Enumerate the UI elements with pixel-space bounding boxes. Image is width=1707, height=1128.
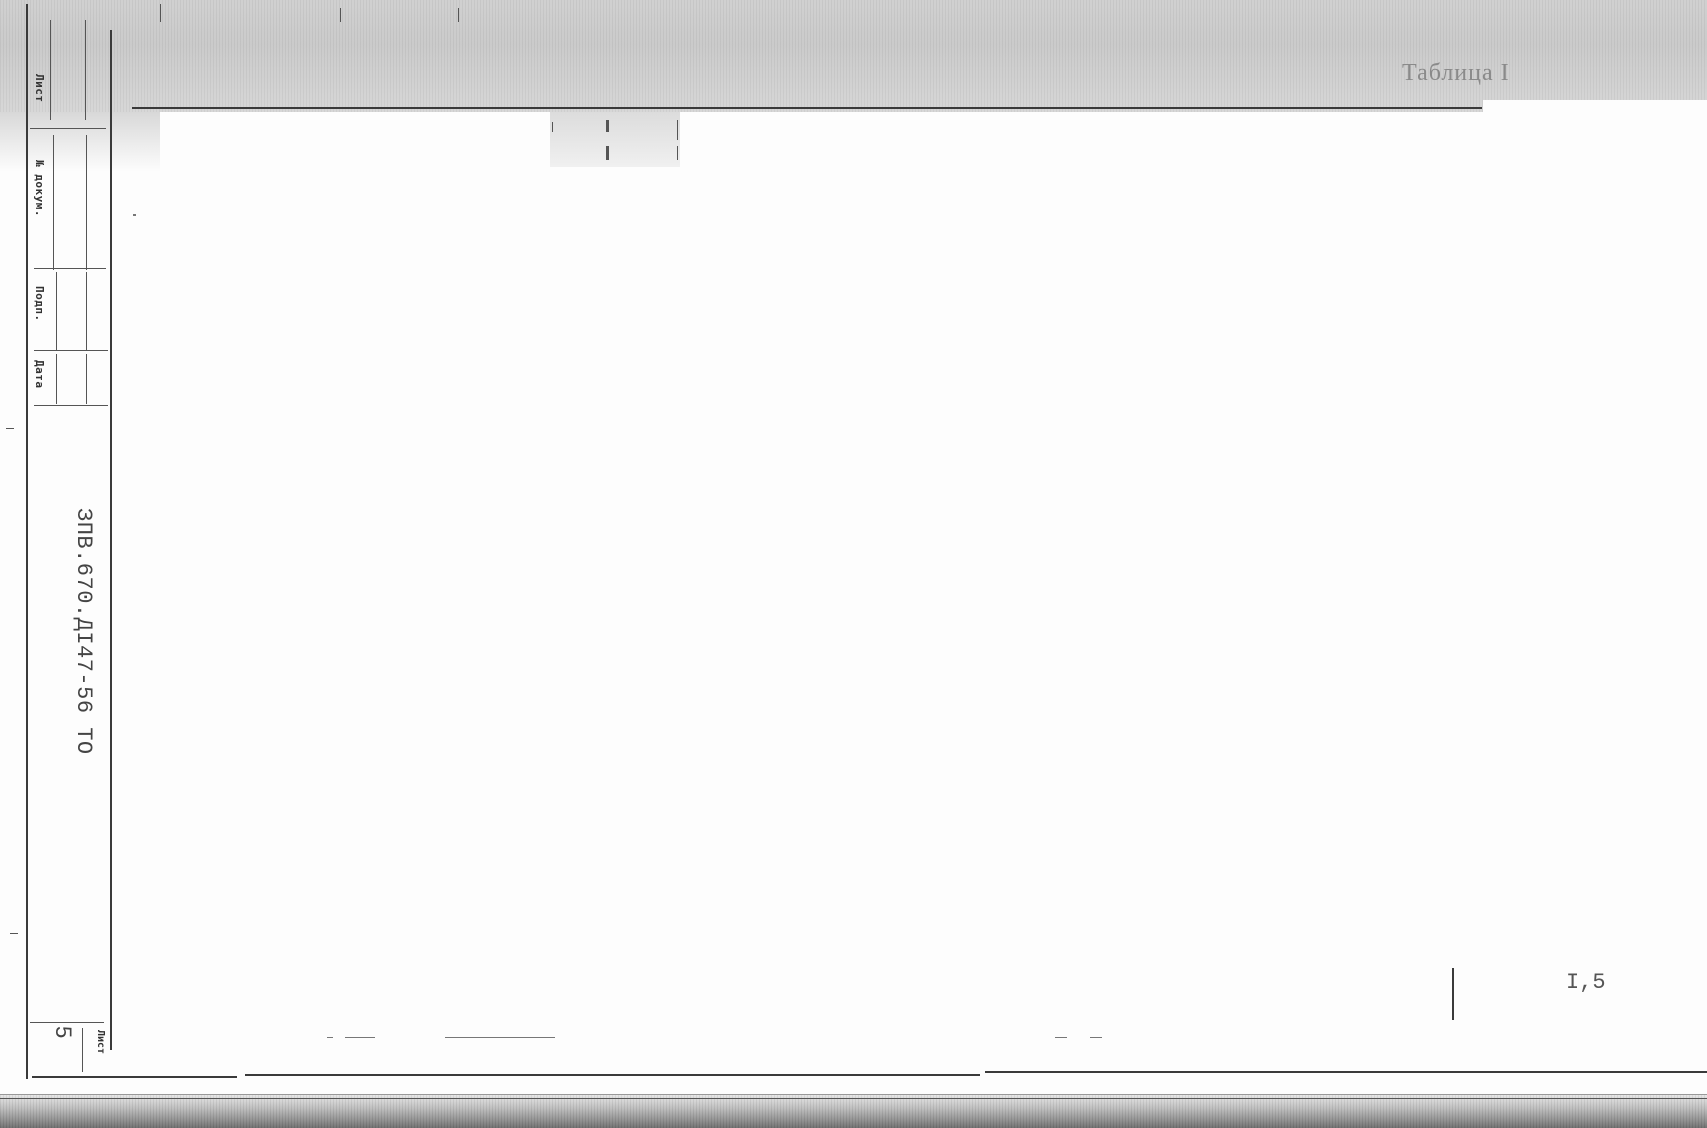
strip-divider <box>56 272 57 350</box>
table-column-rule <box>1452 968 1454 1020</box>
sheet-divider <box>82 1028 83 1072</box>
strip-divider <box>50 20 51 120</box>
scan-speck <box>1090 1037 1102 1038</box>
strip-divider <box>53 135 54 270</box>
strip-row-divider <box>34 405 108 406</box>
edge-tick <box>160 4 161 22</box>
scan-grey-patch <box>550 112 680 167</box>
scan-cutout <box>1483 100 1707 160</box>
table-top-rule <box>132 107 1482 109</box>
strip-divider <box>86 354 87 404</box>
strip-divider <box>56 354 57 404</box>
sheet-label: Лист <box>95 1030 106 1054</box>
strip-label-doc-number: № докум. <box>33 160 46 217</box>
frame-bottom <box>985 1071 1707 1073</box>
scan-speck <box>327 1037 333 1038</box>
frame-bottom <box>32 1076 237 1078</box>
strip-label-signature: Подп. <box>33 286 46 322</box>
strip-row-divider <box>30 128 106 129</box>
frame-bottom <box>245 1074 980 1076</box>
scan-shadow-bottom <box>0 1095 1707 1128</box>
strip-row-divider <box>30 1022 104 1023</box>
column-mark <box>606 120 609 132</box>
edge-tick <box>458 8 459 22</box>
scan-fade <box>0 112 160 172</box>
table-title: Таблица I <box>1402 60 1510 87</box>
sheet-number: 5 <box>50 1026 76 1038</box>
document-designation: ЗПВ.670.ДI47-56 ТО <box>71 508 96 755</box>
strip-row-divider <box>34 268 106 269</box>
scan-speck <box>345 1037 375 1038</box>
strip-row-divider <box>34 350 108 351</box>
strip-divider <box>86 135 87 270</box>
column-mark <box>677 146 678 160</box>
strip-label-date: Дата <box>33 360 46 389</box>
column-mark <box>677 120 678 140</box>
scan-speck <box>1055 1037 1067 1038</box>
edge-tick <box>340 8 341 22</box>
scan-speck <box>445 1037 555 1038</box>
scan-white-patch <box>680 120 1500 165</box>
strip-divider <box>85 20 86 120</box>
column-mark <box>552 122 553 132</box>
margin-tick <box>10 933 18 934</box>
column-mark <box>606 146 609 160</box>
table-cell-value: I,5 <box>1566 970 1606 995</box>
frame-left-outer <box>26 4 28 1079</box>
frame-bottom-secondary <box>0 1098 1707 1099</box>
margin-tick <box>6 428 14 429</box>
strip-divider <box>86 272 87 350</box>
scan-speck <box>133 214 136 216</box>
scan-white-patch <box>160 120 550 165</box>
strip-label-sheet: Лист <box>33 74 46 103</box>
frame-left-inner <box>110 30 112 1050</box>
scan-shadow-top <box>0 0 1707 112</box>
